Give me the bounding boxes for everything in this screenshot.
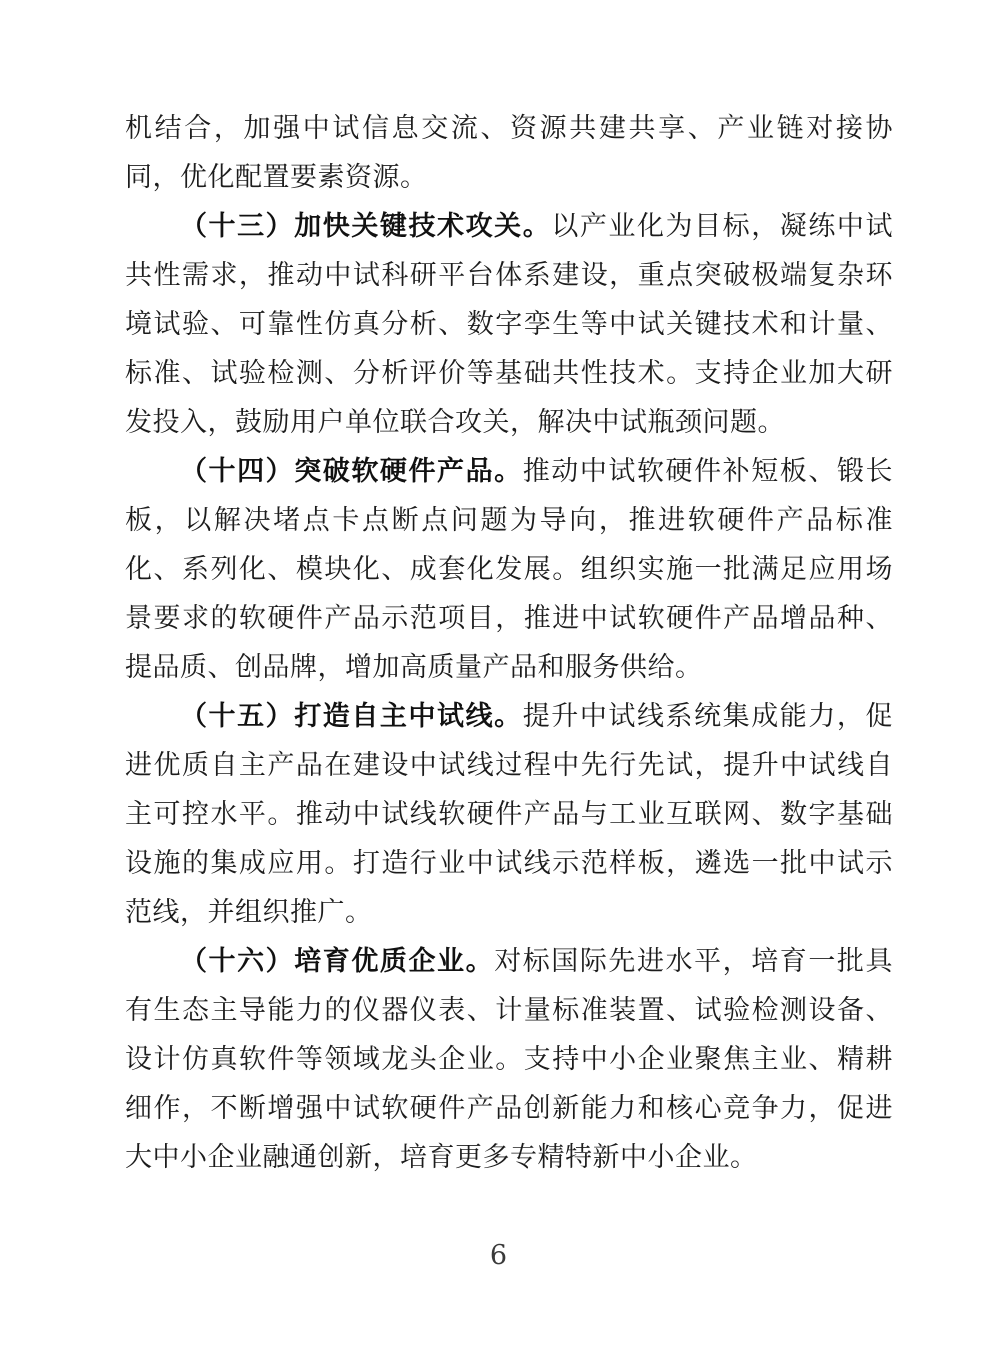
paragraph-item-15: （十五）打造自主中试线。提升中试线系统集成能力，促进优质自主产品在建设中试线过程… (125, 692, 893, 937)
paragraph-item-16: （十六）培育优质企业。对标国际先进水平，培育一批具有生态主导能力的仪器仪表、计量… (125, 937, 893, 1182)
paragraph-heading: （十六）培育优质企业。 (180, 946, 494, 977)
paragraph-body: 以产业化为目标，凝练中试共性需求，推动中试科研平台体系建设，重点突破极端复杂环境… (125, 211, 893, 438)
paragraph-heading: （十三）加快关键技术攻关。 (180, 211, 551, 242)
paragraph-item-13: （十三）加快关键技术攻关。以产业化为目标，凝练中试共性需求，推动中试科研平台体系… (125, 202, 893, 447)
document-page: 机结合，加强中试信息交流、资源共建共享、产业链对接协同，优化配置要素资源。 （十… (0, 0, 997, 1348)
paragraph-heading: （十五）打造自主中试线。 (180, 701, 523, 732)
paragraph-body: 机结合，加强中试信息交流、资源共建共享、产业链对接协同，优化配置要素资源。 (125, 113, 893, 193)
paragraph-continuation: 机结合，加强中试信息交流、资源共建共享、产业链对接协同，优化配置要素资源。 (125, 104, 893, 202)
page-number: 6 (0, 1238, 997, 1274)
paragraph-body: 提升中试线系统集成能力，促进优质自主产品在建设中试线过程中先行先试，提升中试线自… (125, 701, 893, 928)
paragraph-body: 推动中试软硬件补短板、锻长板，以解决堵点卡点断点问题为导向，推进软硬件产品标准化… (125, 456, 893, 683)
paragraph-body: 对标国际先进水平，培育一批具有生态主导能力的仪器仪表、计量标准装置、试验检测设备… (125, 946, 893, 1173)
paragraph-heading: （十四）突破软硬件产品。 (180, 456, 523, 487)
paragraph-item-14: （十四）突破软硬件产品。推动中试软硬件补短板、锻长板，以解决堵点卡点断点问题为导… (125, 447, 893, 692)
document-body: 机结合，加强中试信息交流、资源共建共享、产业链对接协同，优化配置要素资源。 （十… (125, 104, 893, 1182)
